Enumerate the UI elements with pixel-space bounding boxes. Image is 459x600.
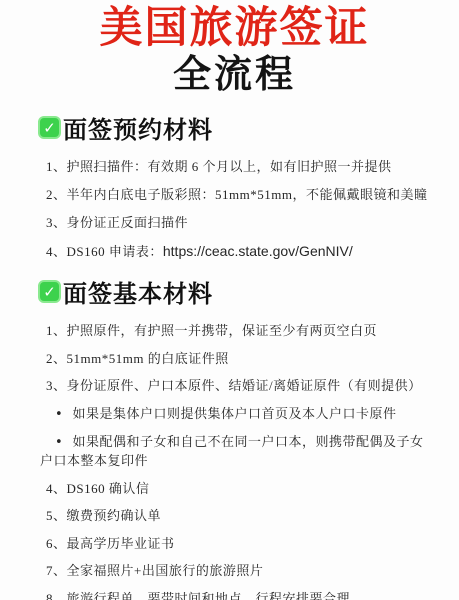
list-item: 7、全家福照片+出国旅行的旅游照片 bbox=[46, 562, 429, 580]
list-item: 3、身份证原件、户口本原件、结婚证/离婚证原件（有则提供） bbox=[46, 377, 429, 395]
list-item: 4、DS160 申请表：https://ceac.state.gov/GenNI… bbox=[46, 242, 429, 261]
list-item: 2、半年内白底电子版彩照：51mm*51mm，不能佩戴眼镜和美瞳 bbox=[46, 186, 429, 204]
check-icon: ✓ bbox=[38, 280, 61, 303]
section-heading-label: 面签预约材料 bbox=[63, 110, 213, 145]
basic-materials-list: 1、护照原件，有护照一并携带，保证至少有两页空白页 2、51mm*51mm 的白… bbox=[40, 322, 429, 600]
title-line-2: 全流程 bbox=[40, 53, 429, 97]
section-heading: ✓ 面签预约材料 bbox=[38, 110, 429, 145]
list-item: 4、DS160 确认信 bbox=[46, 480, 429, 498]
ds160-url-text: https://ceac.state.gov/GenNIV/ bbox=[163, 243, 353, 259]
list-item-label: 4、DS160 申请表： bbox=[46, 244, 163, 259]
section-heading: ✓ 面签基本材料 bbox=[38, 274, 429, 309]
list-item: 2、51mm*51mm 的白底证件照 bbox=[46, 350, 429, 368]
list-item: 5、缴费预约确认单 bbox=[46, 507, 429, 525]
title-line-1: 美国旅游签证 bbox=[40, 5, 429, 53]
list-item: 6、最高学历毕业证书 bbox=[46, 535, 429, 553]
list-item-bullet: 如果配偶和子女和自己不在同一户口本，则携带配偶及子女户口本整本复印件 bbox=[40, 433, 429, 470]
section-heading-label: 面签基本材料 bbox=[63, 274, 213, 309]
list-item-bullet: 如果是集体户口则提供集体户口首页及本人户口卡原件 bbox=[40, 405, 429, 424]
list-item: 8、旅游行程单，要带时间和地点，行程安排要合理 bbox=[46, 590, 429, 600]
section-appointment-materials: ✓ 面签预约材料 1、护照扫描件：有效期 6 个月以上，如有旧护照一并提供 2、… bbox=[40, 110, 429, 261]
appointment-materials-list: 1、护照扫描件：有效期 6 个月以上，如有旧护照一并提供 2、半年内白底电子版彩… bbox=[40, 158, 429, 261]
document-page: 美国旅游签证 全流程 ✓ 面签预约材料 1、护照扫描件：有效期 6 个月以上，如… bbox=[0, 0, 459, 600]
list-item: 1、护照原件，有护照一并携带，保证至少有两页空白页 bbox=[46, 322, 429, 340]
list-item: 1、护照扫描件：有效期 6 个月以上，如有旧护照一并提供 bbox=[46, 158, 429, 176]
section-basic-materials: ✓ 面签基本材料 1、护照原件，有护照一并携带，保证至少有两页空白页 2、51m… bbox=[40, 274, 429, 600]
list-item: 3、身份证正反面扫描件 bbox=[46, 214, 429, 232]
document-title: 美国旅游签证 全流程 bbox=[40, 5, 429, 97]
check-icon: ✓ bbox=[38, 116, 61, 139]
